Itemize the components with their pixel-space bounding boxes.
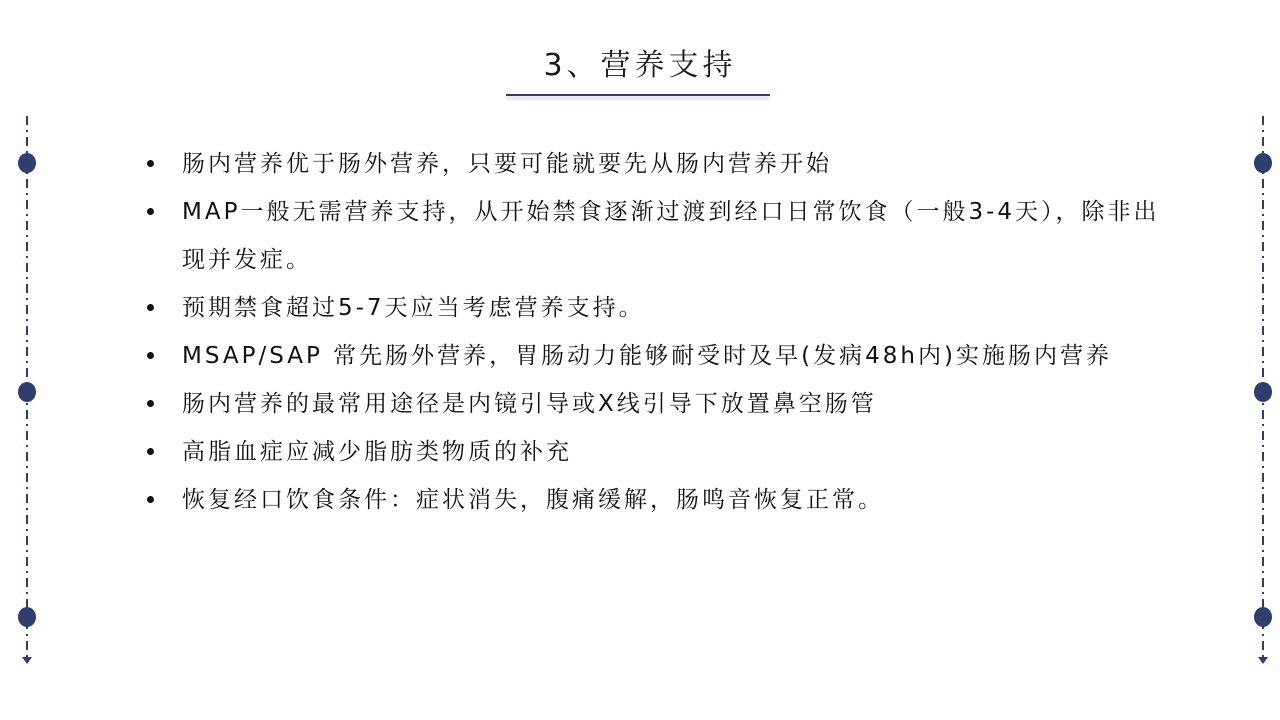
right-rail-node-bottom-icon <box>1254 607 1272 627</box>
bullet-dot-icon <box>147 352 154 359</box>
bullet-item: 肠内营养的最常用途径是内镜引导或X线引导下放置鼻空肠管 <box>140 380 1180 428</box>
right-rail-arrow-down-icon <box>1258 657 1268 664</box>
bullet-text: 肠内营养的最常用途径是内镜引导或X线引导下放置鼻空肠管 <box>182 391 877 417</box>
bullet-item: 高脂血症应减少脂肪类物质的补充 <box>140 428 1180 476</box>
bullet-dot-icon <box>147 208 154 215</box>
bullet-text: 恢复经口饮食条件：症状消失，腹痛缓解，肠鸣音恢复正常。 <box>182 487 884 513</box>
bullet-item: MSAP/SAP 常先肠外营养，胃肠动力能够耐受时及早(发病48h内)实施肠内营… <box>140 332 1180 380</box>
bullet-dot-icon <box>147 448 154 455</box>
left-rail-node-bottom-icon <box>18 607 36 627</box>
bullet-dot-icon <box>147 160 154 167</box>
bullet-list: 肠内营养优于肠外营养，只要可能就要先从肠内营养开始 MAP一般无需营养支持，从开… <box>140 140 1180 524</box>
left-rail-node-top-icon <box>18 153 36 173</box>
slide-title: 3、营养支持 <box>0 46 1280 86</box>
bullet-dot-icon <box>147 400 154 407</box>
title-underline <box>506 94 770 96</box>
right-rail-node-middle-icon <box>1254 382 1272 402</box>
left-rail-arrow-down-icon <box>22 657 32 664</box>
bullet-text: 肠内营养优于肠外营养，只要可能就要先从肠内营养开始 <box>182 151 832 177</box>
bullet-text: MSAP/SAP 常先肠外营养，胃肠动力能够耐受时及早(发病48h内)实施肠内营… <box>182 343 1112 369</box>
bullet-text: 预期禁食超过5-7天应当考虑营养支持。 <box>182 295 645 321</box>
bullet-dot-icon <box>147 496 154 503</box>
bullet-item: 预期禁食超过5-7天应当考虑营养支持。 <box>140 284 1180 332</box>
bullet-item: 恢复经口饮食条件：症状消失，腹痛缓解，肠鸣音恢复正常。 <box>140 476 1180 524</box>
bullet-dot-icon <box>147 304 154 311</box>
bullet-item: MAP一般无需营养支持，从开始禁食逐渐过渡到经口日常饮食（一般3-4天），除非出… <box>140 188 1180 284</box>
bullet-item: 肠内营养优于肠外营养，只要可能就要先从肠内营养开始 <box>140 140 1180 188</box>
bullet-text: 高脂血症应减少脂肪类物质的补充 <box>182 439 572 465</box>
right-rail-node-top-icon <box>1254 153 1272 173</box>
bullet-text: MAP一般无需营养支持，从开始禁食逐渐过渡到经口日常饮食（一般3-4天），除非出… <box>182 199 1160 273</box>
left-rail-node-middle-icon <box>18 382 36 402</box>
